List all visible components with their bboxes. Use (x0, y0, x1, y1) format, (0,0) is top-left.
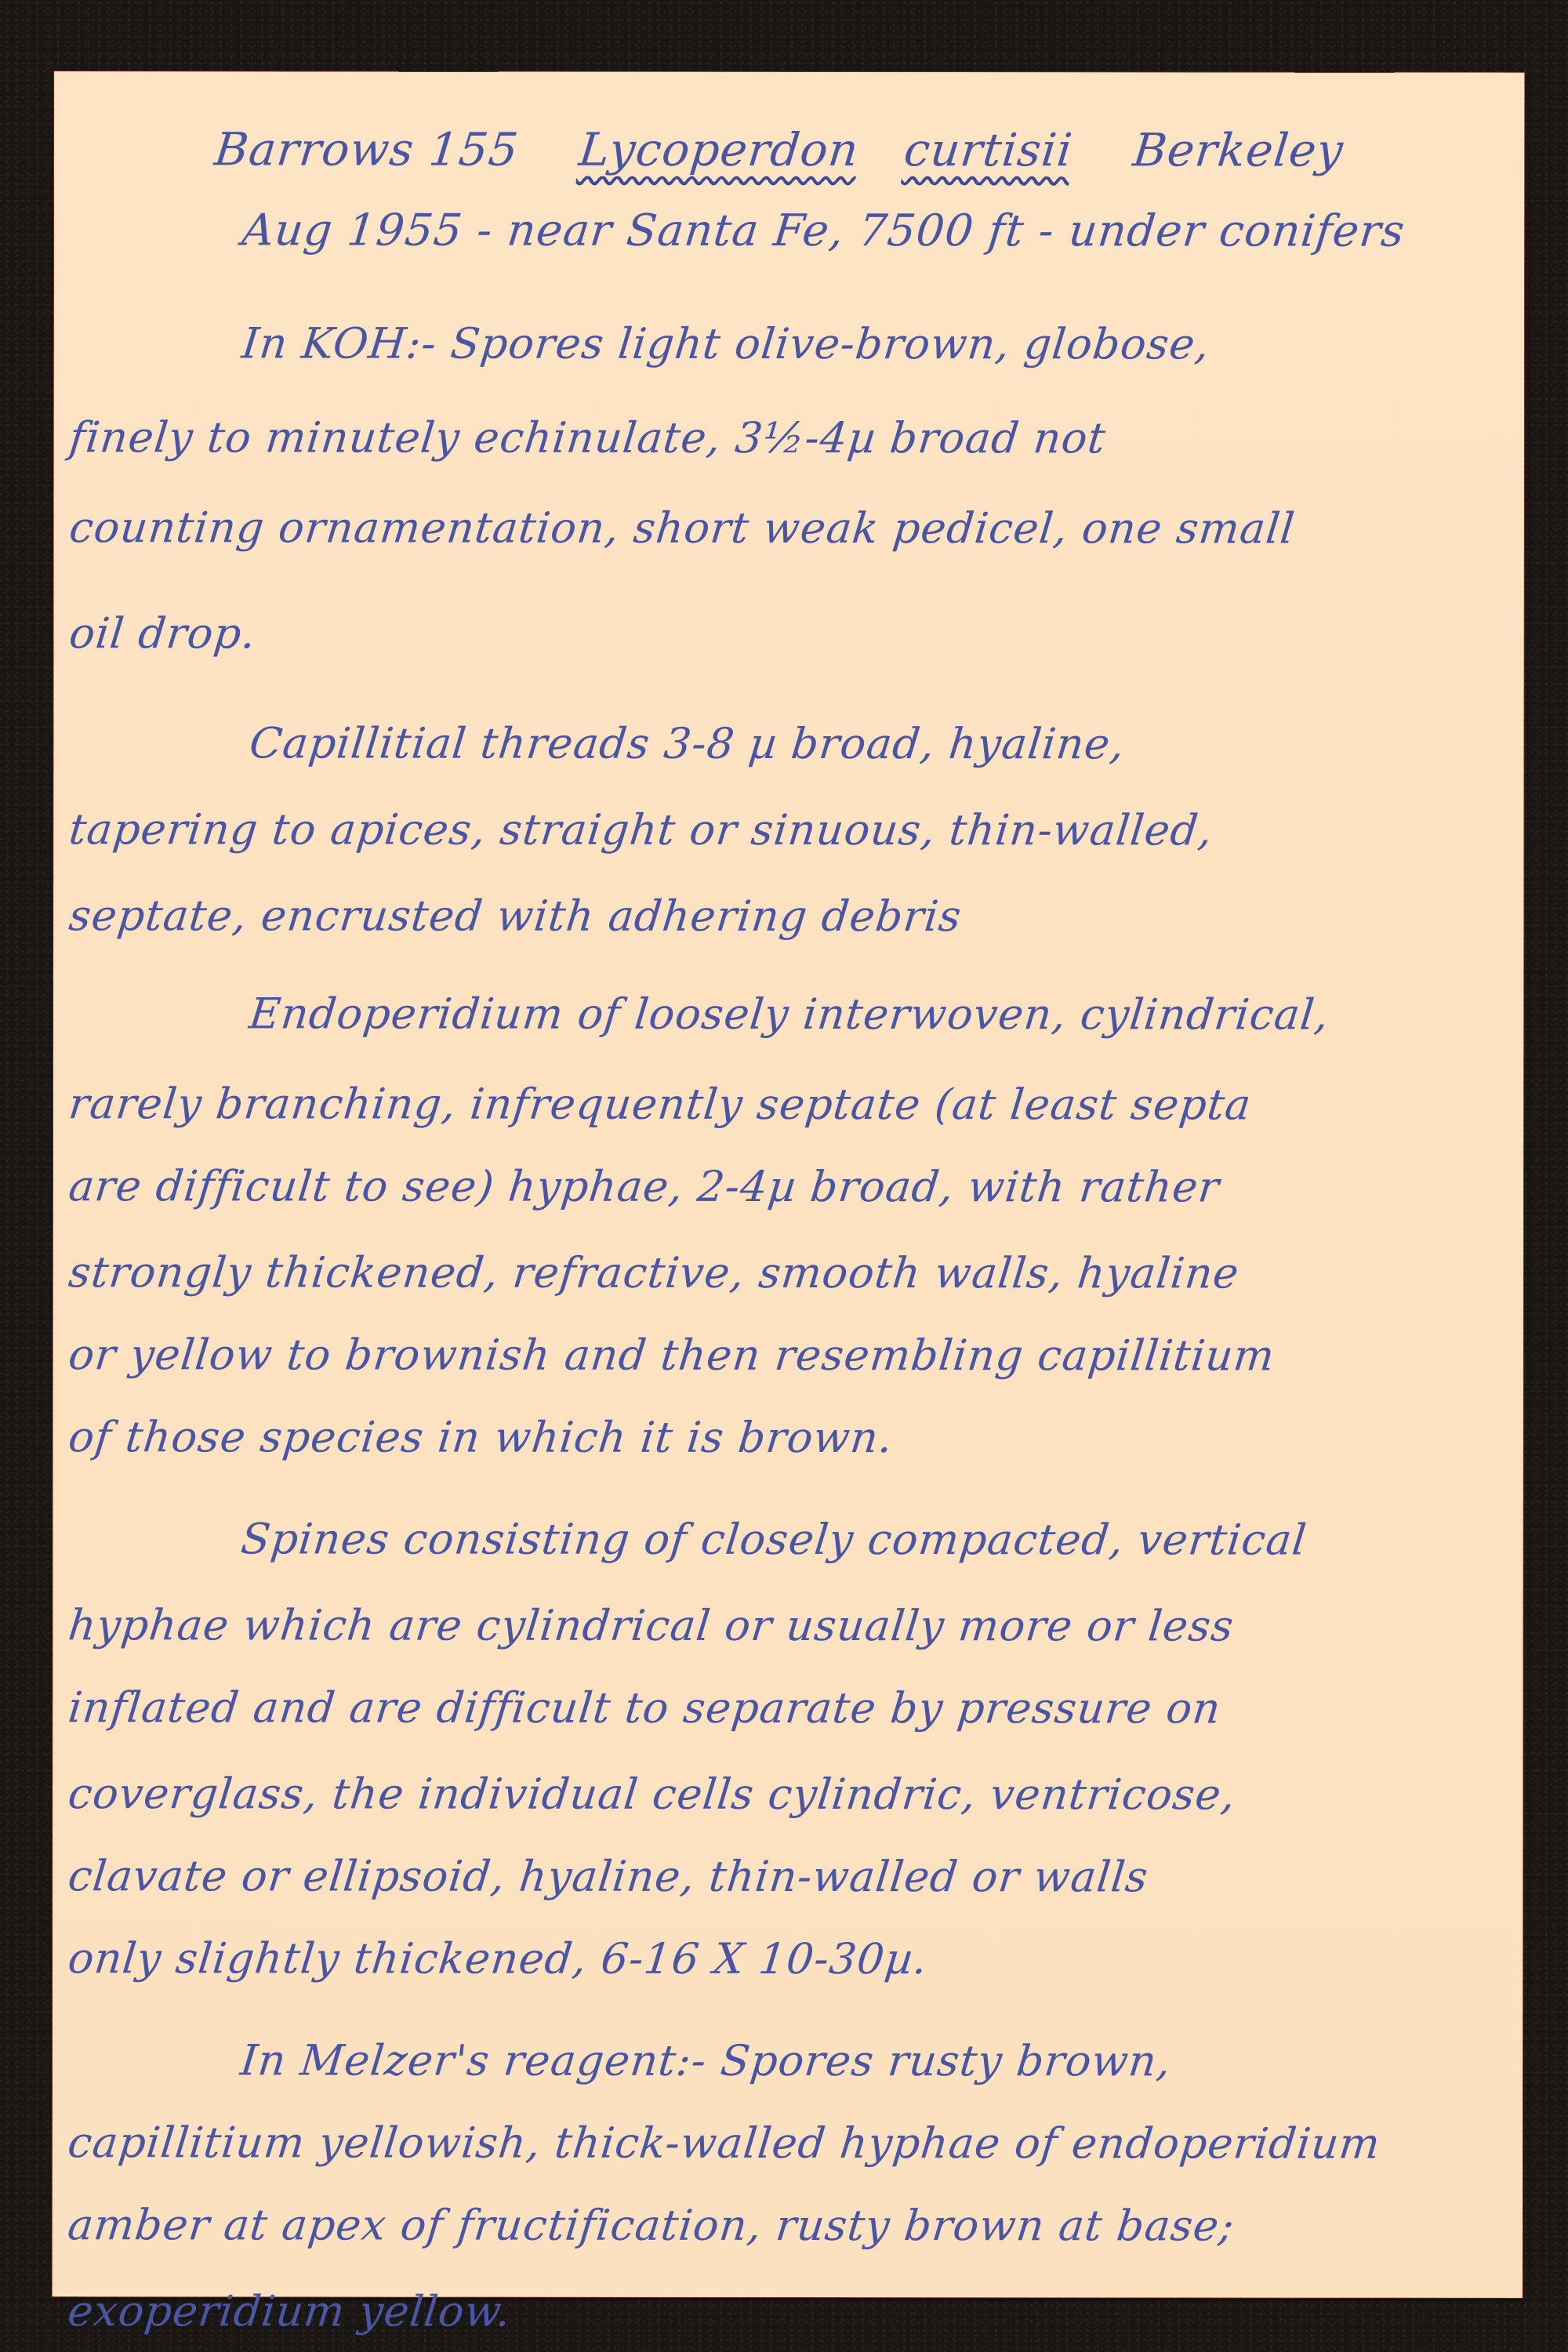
collection-info: Aug 1955 - near Santa Fe, 7500 ft - unde… (240, 209, 1407, 253)
endoperidium-line-4: strongly thickened, refractive, smooth w… (67, 1251, 1241, 1294)
spines-line-2: hyphae which are cylindrical or usually … (67, 1604, 1236, 1647)
header-title-line: Barrows 155 Lycoperdon curtisii Berkeley (212, 126, 1345, 172)
capillitium-line-1: Capillitial threads 3-8 µ broad, hyaline… (248, 722, 1127, 765)
endoperidium-line-5: or yellow to brownish and then resemblin… (67, 1334, 1277, 1377)
endoperidium-line-1: Endoperidium of loosely interwoven, cyli… (247, 993, 1331, 1036)
koh-line-4: oil drop. (67, 612, 259, 655)
species-authority: Berkeley (1131, 123, 1346, 176)
melzer-line-1: In Melzer's reagent:- Spores rusty brown… (238, 2039, 1173, 2082)
spines-line-5: clavate or ellipsoid, hyaline, thin-wall… (66, 1855, 1150, 1898)
spines-line-3: inflated and are difficult to separate b… (67, 1686, 1223, 1730)
melzer-line-4: exoperidium yellow. (66, 2290, 514, 2332)
melzer-line-2: capillitium yellowish, thick-walled hyph… (66, 2122, 1382, 2165)
melzer-line-3: amber at apex of fructification, rusty b… (66, 2204, 1236, 2247)
spines-line-4: coverglass, the individual cells cylindr… (66, 1773, 1237, 1816)
koh-line-1: In KOH:- Spores light olive-brown, globo… (240, 322, 1212, 365)
koh-line-2: finely to minutely echinulate, 3½-4µ bro… (67, 416, 1108, 459)
endoperidium-line-3: are difficult to see) hyphae, 2-4µ broad… (67, 1165, 1221, 1208)
genus-name: Lycoperdon (576, 123, 861, 176)
species-epithet: curtisii (902, 123, 1076, 176)
collector-number: Barrows 155 (212, 122, 521, 176)
specimen-note-card: Barrows 155 Lycoperdon curtisii Berkeley… (53, 71, 1524, 2298)
capillitium-line-2: tapering to apices, straight or sinuous,… (67, 808, 1215, 851)
capillitium-line-3: septate, encrusted with adhering debris (67, 895, 964, 938)
koh-line-3: counting ornamentation, short weak pedic… (67, 506, 1297, 550)
endoperidium-line-2: rarely branching, infrequently septate (… (67, 1083, 1254, 1126)
endoperidium-line-6: of those species in which it is brown. (67, 1416, 895, 1459)
spines-line-6: only slightly thickened, 6-16 X 10-30µ. (66, 1937, 930, 1980)
spines-line-1: Spines consisting of closely compacted, … (239, 1518, 1309, 1561)
